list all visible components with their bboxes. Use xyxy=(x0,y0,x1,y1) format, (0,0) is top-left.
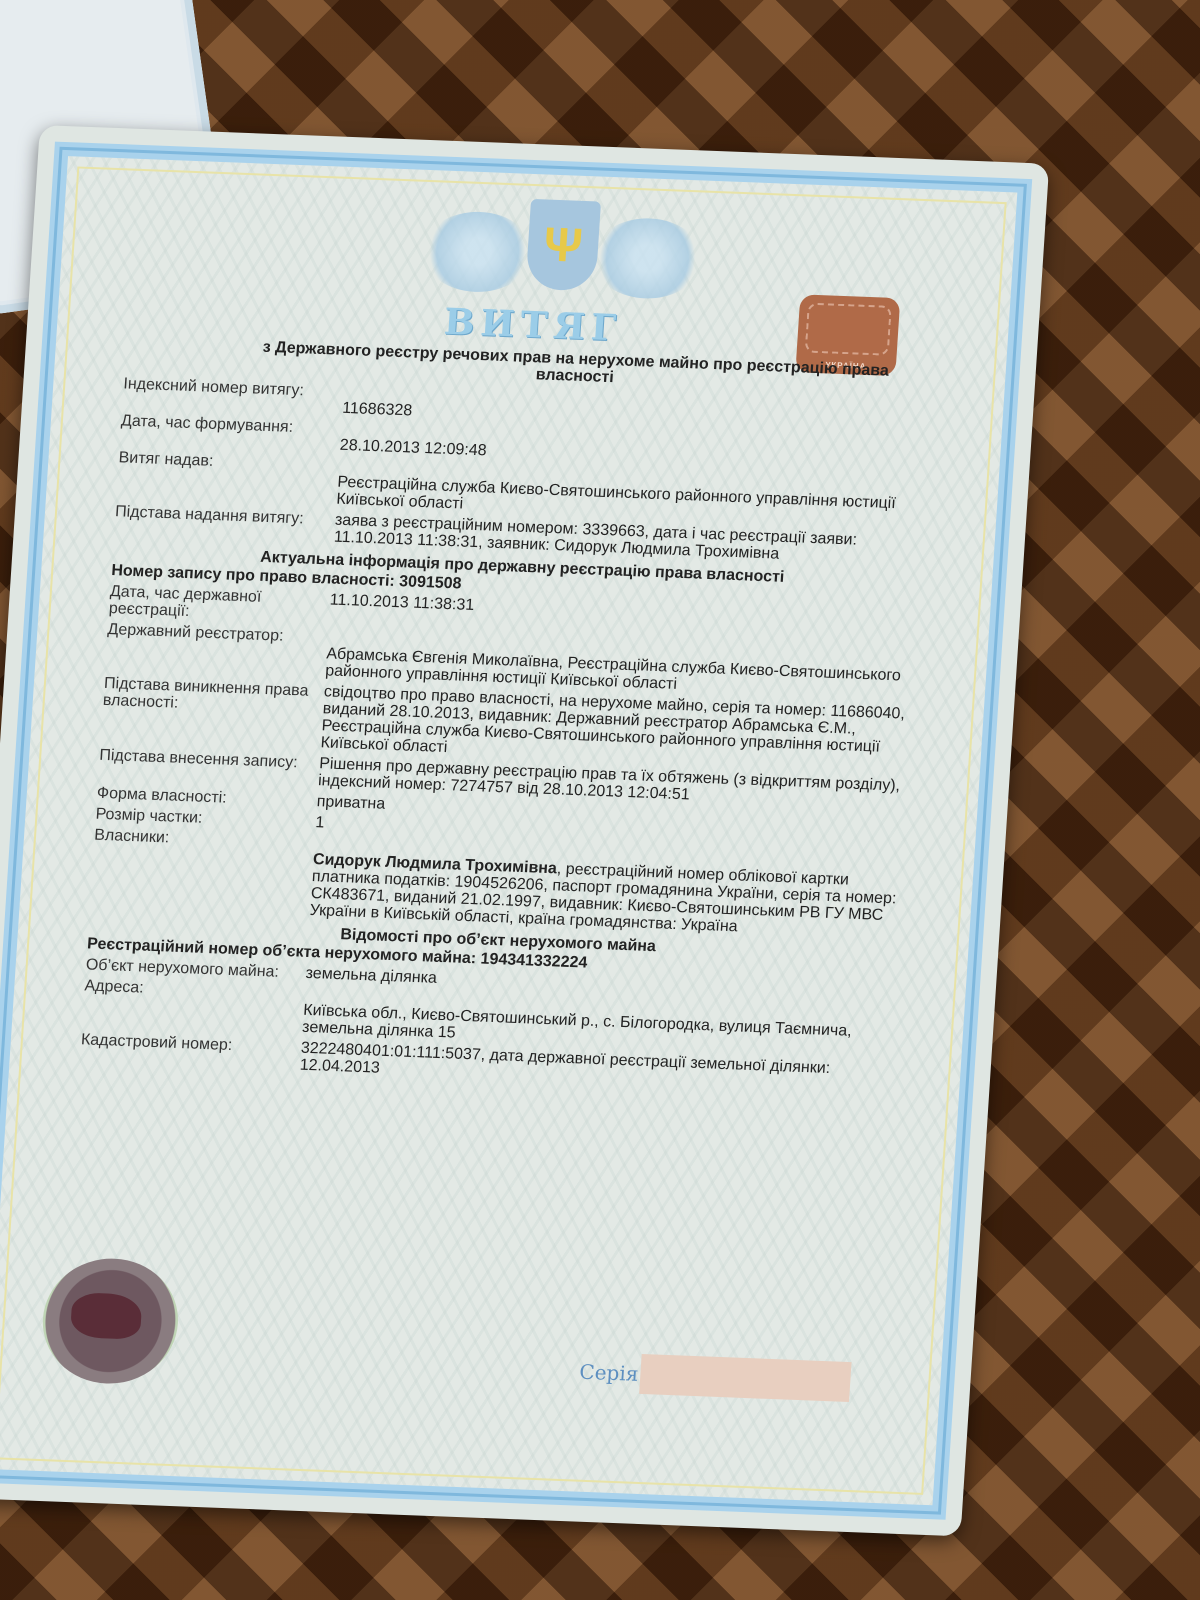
ukraine-map-icon xyxy=(70,1292,143,1340)
ornamental-border: Ψ ВИТЯГ УКРАЇНА з Державного реєстру реч… xyxy=(0,142,1032,1520)
registry-seal-icon xyxy=(39,1256,182,1386)
wreath-left-icon xyxy=(420,210,535,294)
wreath-right-icon xyxy=(590,216,705,300)
document-body: з Державного реєстру речових прав на нер… xyxy=(79,333,946,1100)
series-field: Серія xyxy=(578,1352,851,1402)
trident-icon: Ψ xyxy=(525,199,601,292)
extract-document: Ψ ВИТЯГ УКРАЇНА з Державного реєстру реч… xyxy=(0,125,1049,1536)
series-label: Серія xyxy=(579,1360,639,1386)
series-redacted xyxy=(639,1354,851,1402)
owner-details: , реєстраційний номер облікової картки п… xyxy=(309,860,897,935)
